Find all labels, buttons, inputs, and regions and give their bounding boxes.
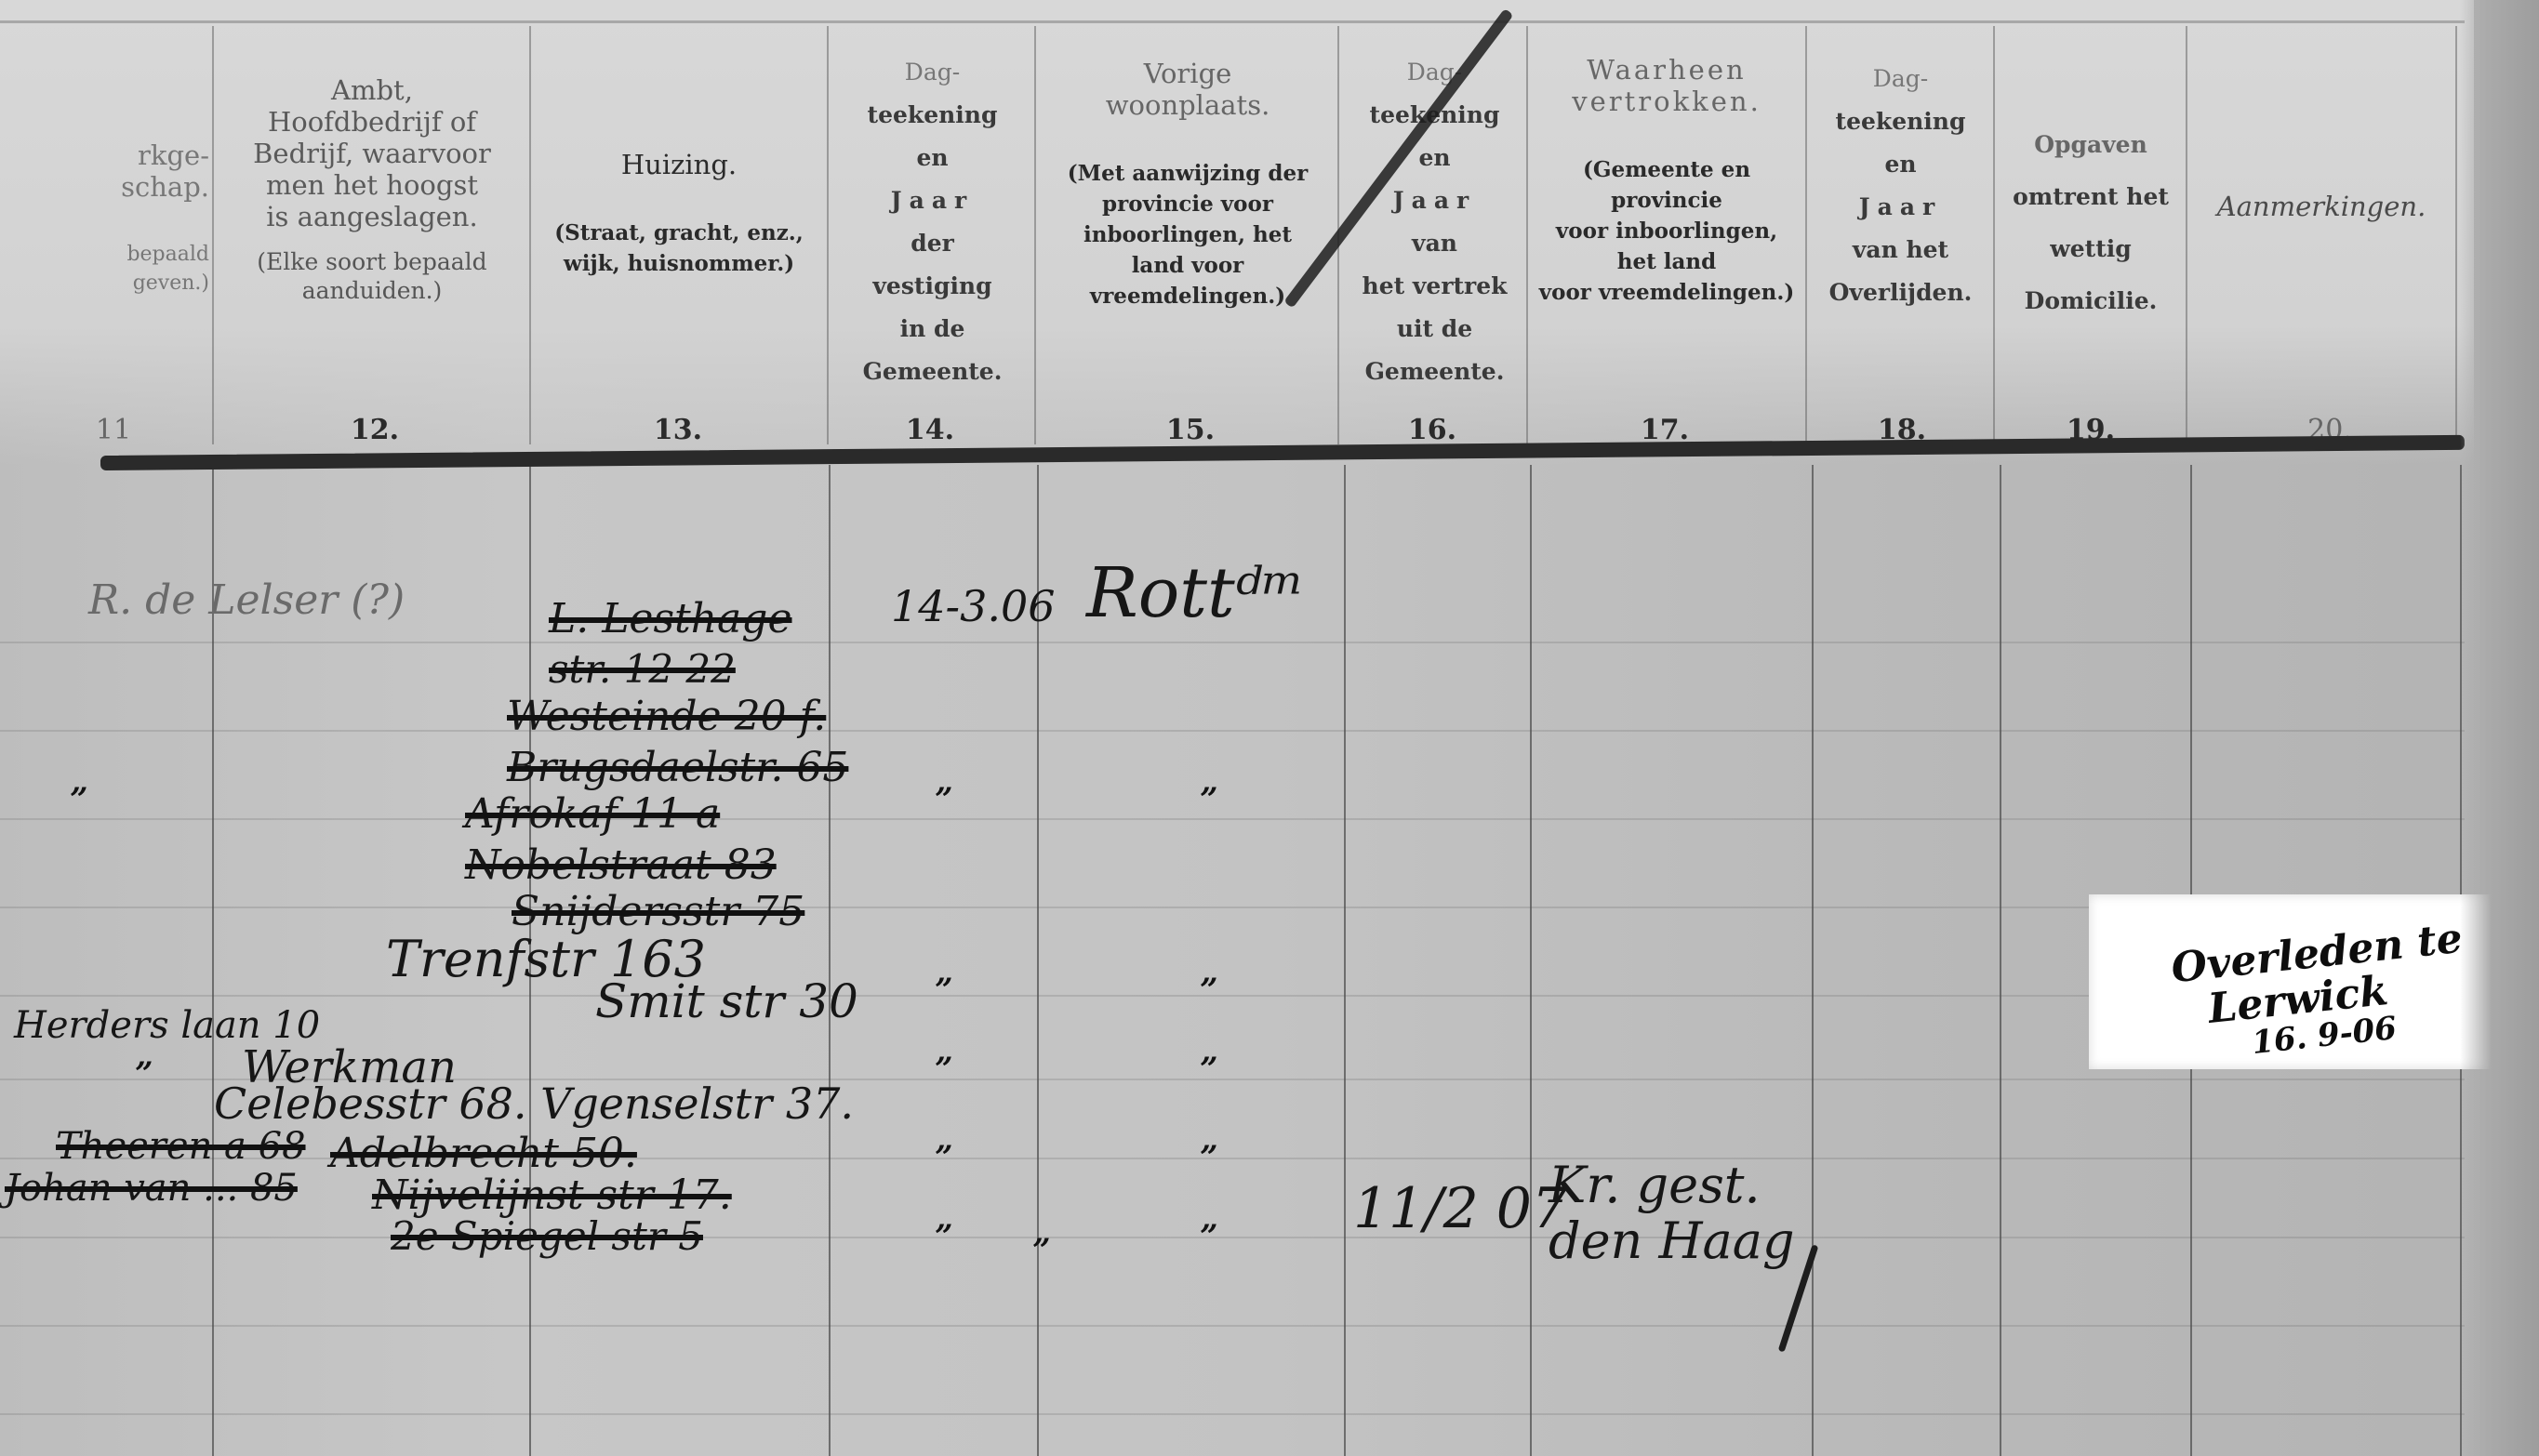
column-header-line: Gemeente. [1344, 351, 1525, 393]
margin-note-occupation: Werkman [242, 1041, 457, 1093]
column-divider [1812, 465, 1814, 1456]
column-header-line: en [1810, 143, 1991, 186]
ditto-mark: ” [1200, 1139, 1218, 1176]
column-number-14: 14. [906, 414, 954, 446]
column-number-13: 13. [654, 414, 702, 446]
ruled-line [0, 1325, 2465, 1327]
column-header-12: Ambt, Hoofdbedrijf of Bedrijf, waarvoor … [219, 74, 525, 305]
column-header-line: der [832, 222, 1032, 265]
column-12-title: Ambt, Hoofdbedrijf of Bedrijf, waarvoor … [219, 74, 525, 232]
ditto-mark: ” [70, 781, 88, 818]
column-divider [2000, 465, 2001, 1456]
ditto-mark: ” [1200, 1051, 1218, 1088]
column-header-line: van het [1810, 229, 1991, 271]
column-divider [2186, 26, 2187, 444]
column-number-12: 12. [351, 414, 399, 446]
ditto-mark: ” [1200, 781, 1218, 818]
column-divider [529, 26, 531, 444]
column-11-note: bepaald geven.) [37, 240, 209, 298]
column-header-line: Dag- [1810, 58, 1991, 100]
address-entry: Nobelstraat 83 [465, 841, 777, 889]
column-header-19: Opgavenomtrent hetwettigDomicilie. [1998, 119, 2184, 327]
column-divider [1526, 26, 1528, 444]
previous-residence: Rottᵈᵐ [1086, 553, 1305, 633]
ditto-mark: ” [1032, 1232, 1051, 1269]
margin-note-struck: Theeren a 68 [56, 1125, 306, 1168]
column-number-11: 11 [96, 414, 131, 446]
ruled-line [0, 1237, 2465, 1238]
address-entry: Nijvelijnst str 17. [372, 1171, 732, 1219]
column-17-title: Waarheen vertrokken. [1531, 54, 1802, 117]
column-divider [1530, 465, 1532, 1456]
column-header-14: Dag-teekeningenJaardervestigingin deGeme… [832, 51, 1032, 393]
column-header-line: teekening [1810, 100, 1991, 143]
address-entry: Snijdersstr 75 [512, 888, 804, 935]
column-header-line: van [1344, 222, 1525, 265]
column-11-title: rkge- schap. [37, 139, 209, 203]
column-header-line: in de [832, 308, 1032, 351]
column-header-18: Dag-teekeningenJaarvan hetOverlijden. [1810, 58, 1991, 314]
ditto-mark: ” [935, 972, 953, 1009]
column-header-line: Jaar [832, 179, 1032, 222]
ruled-line [0, 1413, 2465, 1415]
column-17-note: (Gemeente en provincie voor inboorlingen… [1531, 154, 1802, 308]
column-header-11: rkge- schap. bepaald geven.) [37, 139, 209, 298]
settlement-date: 14-3.06 [891, 581, 1056, 631]
ditto-mark: ” [935, 781, 953, 818]
column-header-15: Vorige woonplaats. (Met aanwijzing der p… [1040, 58, 1336, 311]
column-12-note: (Elke soort bepaald aanduiden.) [219, 247, 525, 305]
column-header-line: Dag- [832, 51, 1032, 94]
register-page: rkge- schap. bepaald geven.) Ambt, Hoofd… [0, 0, 2539, 1456]
column-divider [1344, 465, 1346, 1456]
column-divider [1993, 26, 1995, 444]
ditto-mark: ” [135, 1055, 153, 1092]
address-entry: 2e Spiegel str 5 [391, 1213, 703, 1259]
column-number-16: 16. [1408, 414, 1456, 446]
column-header-line: wettig [1998, 223, 2184, 275]
column-divider [2455, 26, 2457, 444]
ruled-line [0, 730, 2465, 732]
ditto-mark: ” [935, 1218, 953, 1255]
column-header-line: Gemeente. [832, 351, 1032, 393]
column-header-line: teekening [832, 94, 1032, 137]
address-entry: str. 12 22 [549, 646, 736, 692]
column-13-note: (Straat, gracht, enz., wijk, huisnommer.… [535, 218, 823, 279]
column-header-13: Huizing. (Straat, gracht, enz., wijk, hu… [535, 149, 823, 279]
address-entry: Westeinde 20 f. [507, 693, 826, 740]
address-entry: L. Lesthage [549, 595, 792, 642]
column-number-15: 15. [1166, 414, 1215, 446]
page-edge-shadow [2460, 0, 2539, 1456]
margin-note-struck: Johan van ... 85 [5, 1167, 298, 1210]
address-entry: Brugsdaelstr. 65 [507, 744, 848, 791]
column-header-line: uit de [1344, 308, 1525, 351]
column-15-note: (Met aanwijzing der provincie voor inboo… [1040, 158, 1336, 311]
ditto-mark: ” [1200, 1218, 1218, 1255]
entry-occupation-faint: R. de Lelser (?) [88, 576, 405, 624]
address-entry: Afrokaf 11 a [465, 790, 720, 838]
column-header-line: omtrent het [1998, 171, 2184, 223]
column-divider [1034, 26, 1036, 444]
departure-date: 11/2 07 [1353, 1176, 1567, 1241]
column-header-line: het vertrek [1344, 265, 1525, 308]
address-entry: Adelbrecht 50. [330, 1130, 637, 1177]
ditto-mark: ” [1200, 972, 1218, 1009]
column-header-20: Aanmerkingen. [2191, 191, 2452, 222]
ruled-line [0, 642, 2465, 643]
column-header-line: Overlijden. [1810, 271, 1991, 314]
column-20-title: Aanmerkingen. [2191, 191, 2452, 222]
column-header-line: Domicilie. [1998, 275, 2184, 327]
header-divider-rule [100, 435, 2465, 470]
column-header-line: en [1344, 137, 1525, 179]
destination: Kr. gest. den Haag [1549, 1158, 1828, 1269]
column-divider [1805, 26, 1807, 444]
column-header-line: vestiging [832, 265, 1032, 308]
ditto-mark: ” [935, 1051, 953, 1088]
column-divider [827, 26, 829, 444]
column-13-title: Huizing. [535, 149, 823, 180]
column-header-17: Waarheen vertrokken. (Gemeente en provin… [1531, 54, 1802, 308]
column-divider [212, 26, 214, 444]
column-15-title: Vorige woonplaats. [1040, 58, 1336, 121]
column-header-line: Opgaven [1998, 119, 2184, 171]
column-header-line: Jaar [1810, 186, 1991, 229]
column-divider [829, 465, 831, 1456]
ruled-line [0, 818, 2465, 820]
pasted-death-note: Overleden te Lerwick 16. 9-06 [2089, 894, 2517, 1069]
ditto-mark: ” [935, 1139, 953, 1176]
top-border-rule [0, 20, 2465, 23]
address-entry: Smit str 30 [595, 974, 858, 1028]
column-header-line: en [832, 137, 1032, 179]
column-header-line: Dag- [1344, 51, 1525, 94]
